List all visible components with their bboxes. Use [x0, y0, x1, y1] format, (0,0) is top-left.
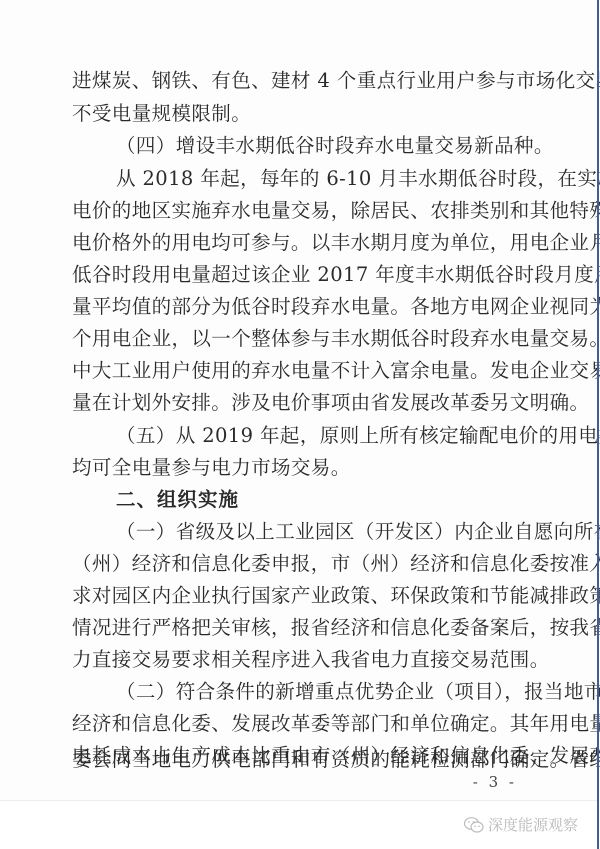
subsection-heading: （五）从 2019 年起，原则上所有核定输配电价的用电类别	[116, 424, 518, 448]
text-line: 电价格外的用电均可参与。以丰水期月度为单位，用电企业月度	[72, 231, 518, 255]
text-line: 量在计划外安排。涉及电价事项由省发展改革委另文明确。	[72, 391, 518, 415]
text-line: 低谷时段用电量超过该企业 2017 年度丰水期低谷时段月度用电	[72, 263, 518, 287]
page-number: - 3 -	[470, 773, 517, 791]
document-page: 进煤炭、钢铁、有色、建材 4 个重点行业用户参与市场化交易，不受电量规模限制。（…	[0, 0, 597, 800]
text-line: 力直接交易要求相关程序进入我省电力直接交易范围。	[72, 648, 518, 672]
section-heading: 二、组织实施	[116, 488, 518, 512]
text-line: 量平均值的部分为低谷时段弃水电量。各地方电网企业视同为单	[72, 295, 518, 319]
wechat-icon	[463, 816, 485, 834]
page-edge-border	[597, 0, 599, 849]
text-line: （州）经济和信息化委申报，市（州）经济和信息化委按准入要	[72, 552, 518, 576]
text-line: 电价的地区实施弃水电量交易，除居民、农排类别和其他特殊用	[72, 199, 518, 223]
text-line: （二）符合条件的新增重点优势企业（项目），报当地市（州）	[116, 680, 518, 704]
page-bottom-divider	[0, 800, 597, 801]
text-line: 不受电量规模限制。	[72, 102, 518, 126]
text-line: 从 2018 年起，每年的 6-10 月丰水期低谷时段，在实施峰谷	[116, 167, 518, 191]
watermark-text: 深度能源观察	[488, 814, 578, 835]
text-line: 均可全电量参与电力市场交易。	[72, 456, 518, 480]
text-line: 进煤炭、钢铁、有色、建材 4 个重点行业用户参与市场化交易，	[72, 69, 518, 93]
text-line: 中大工业用户使用的弃水电量不计入富余电量。发电企业交易电	[72, 359, 518, 383]
subsection-heading: （四）增设丰水期低谷时段弃水电量交易新品种。	[116, 134, 518, 158]
text-line: 情况进行严格把关审核，报省经济和信息化委备案后，按我省电	[72, 616, 518, 640]
text-line: 委会同当地电力供电部门和有资质的能耗检测部门确定。省经济	[72, 748, 518, 772]
text-line: 求对园区内企业执行国家产业政策、环保政策和节能减排政策等	[72, 584, 518, 608]
text-line: 个用电企业，以一个整体参与丰水期低谷时段弃水电量交易。其	[72, 327, 518, 351]
text-line: （一）省级及以上工业园区（开发区）内企业自愿向所在市	[116, 520, 518, 544]
watermark: 深度能源观察	[463, 814, 578, 835]
text-line: 经济和信息化委、发展改革委等部门和单位确定。其年用电量及	[72, 712, 518, 736]
